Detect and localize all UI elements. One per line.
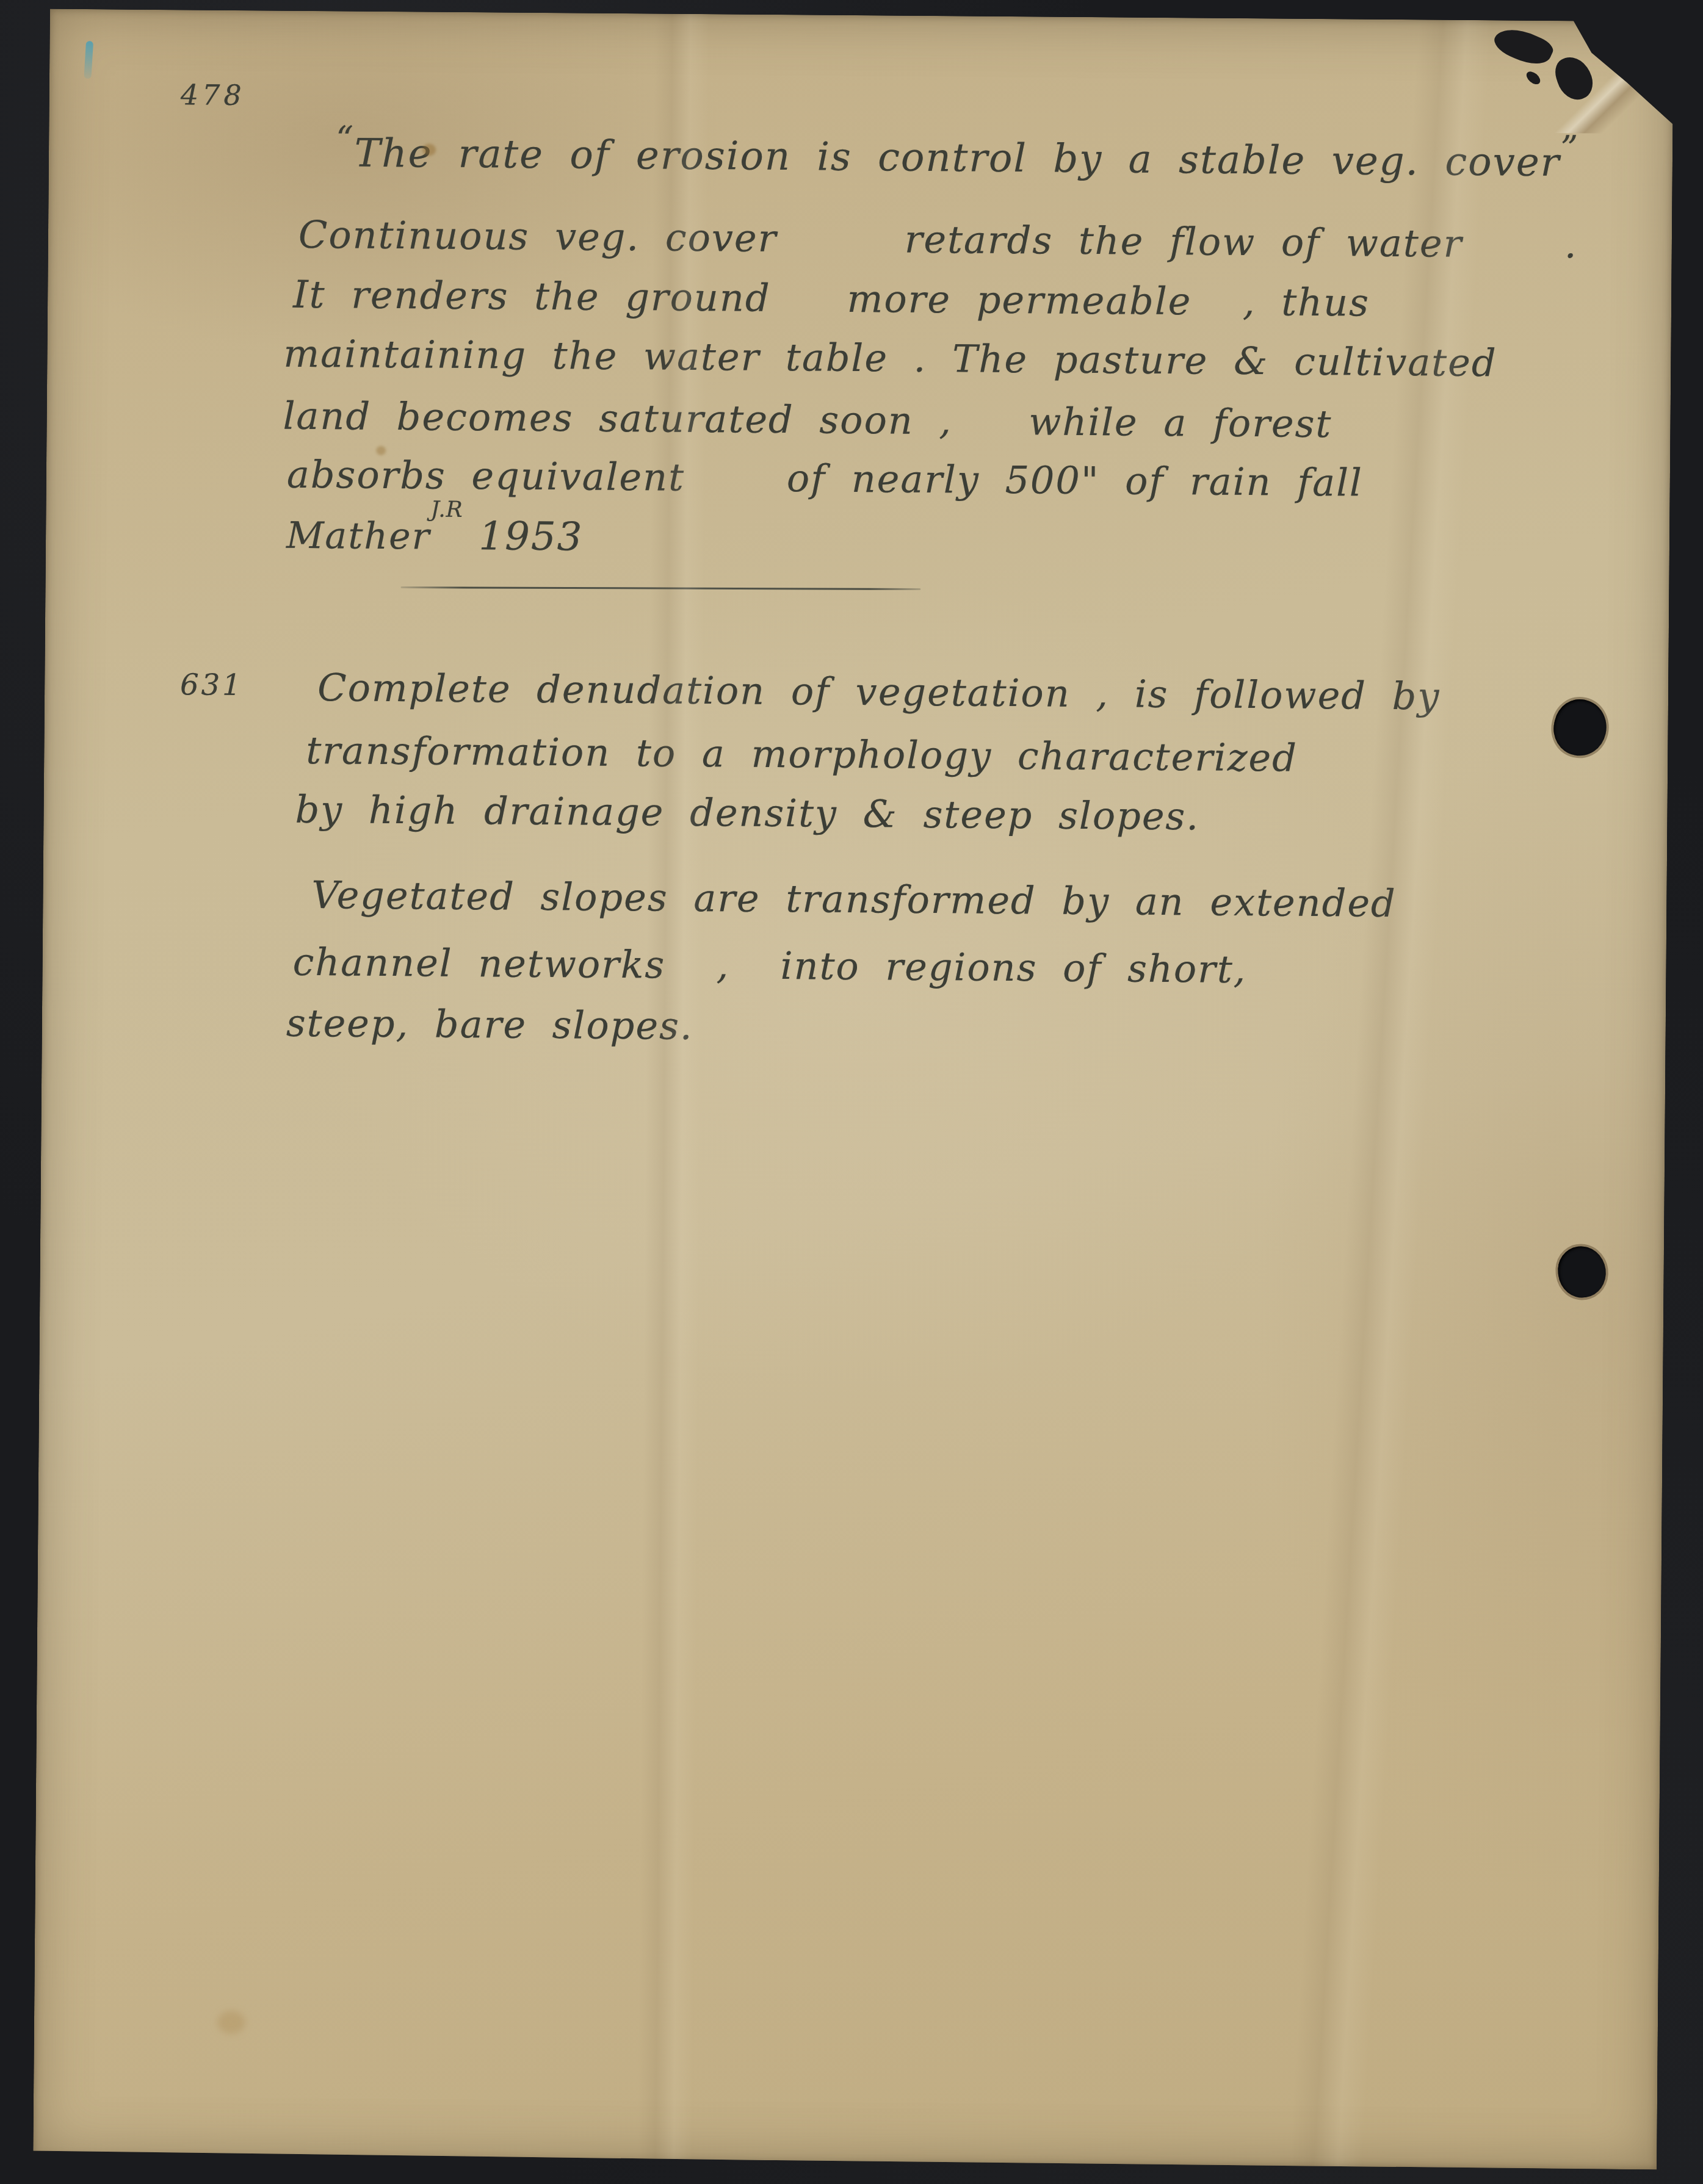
citation-author: Mather [286, 514, 431, 558]
punch-hole-top [1549, 694, 1612, 760]
citation: MatherJ.R1953 [286, 513, 584, 560]
divider-line [400, 586, 920, 590]
ink-blot [1551, 52, 1597, 104]
quote-line-5: land becomes saturated soon , while a fo… [283, 394, 1332, 446]
quote-text-1: The rate of erosion is control by a stab… [354, 131, 1560, 186]
blue-fiber-mark [84, 41, 93, 79]
citation-year: 1953 [479, 514, 583, 560]
entry-para2-line-1: Vegetated slopes are transformed by an e… [311, 873, 1397, 926]
quote-line-1: “The rate of erosion is control by a sta… [336, 131, 1580, 186]
quote-line-4: maintaining the water table . The pastur… [283, 331, 1497, 386]
entry-number: 631 [180, 668, 244, 702]
open-quote-mark: “ [336, 119, 355, 159]
entry-para2-line-3: steep, bare slopes. [286, 1001, 693, 1048]
close-quote-mark: ” [1560, 129, 1579, 168]
quote-line-2: Continuous veg. cover retards the flow o… [298, 212, 1578, 267]
paper-stain [217, 2011, 245, 2034]
scanned-document: 478 “The rate of erosion is control by a… [0, 0, 1703, 2184]
citation-initials: J.R [430, 497, 463, 522]
entry-para1-line-1: Complete denudation of vegetation , is f… [317, 665, 1441, 718]
entry-para1-line-2: transformation to a morphology character… [306, 728, 1298, 780]
ink-blot [1491, 21, 1556, 71]
quote-line-3: It renders the ground more permeable , t… [293, 272, 1370, 325]
page-number: 478 [181, 78, 245, 112]
notebook-page: 478 “The rate of erosion is control by a… [33, 9, 1674, 2170]
punch-hole-bottom [1555, 1244, 1609, 1301]
entry-para1-line-3: by high drainage density & steep slopes. [295, 787, 1199, 839]
ink-blot [1524, 69, 1542, 87]
entry-para2-line-2: channel networks , into regions of short… [292, 940, 1246, 992]
